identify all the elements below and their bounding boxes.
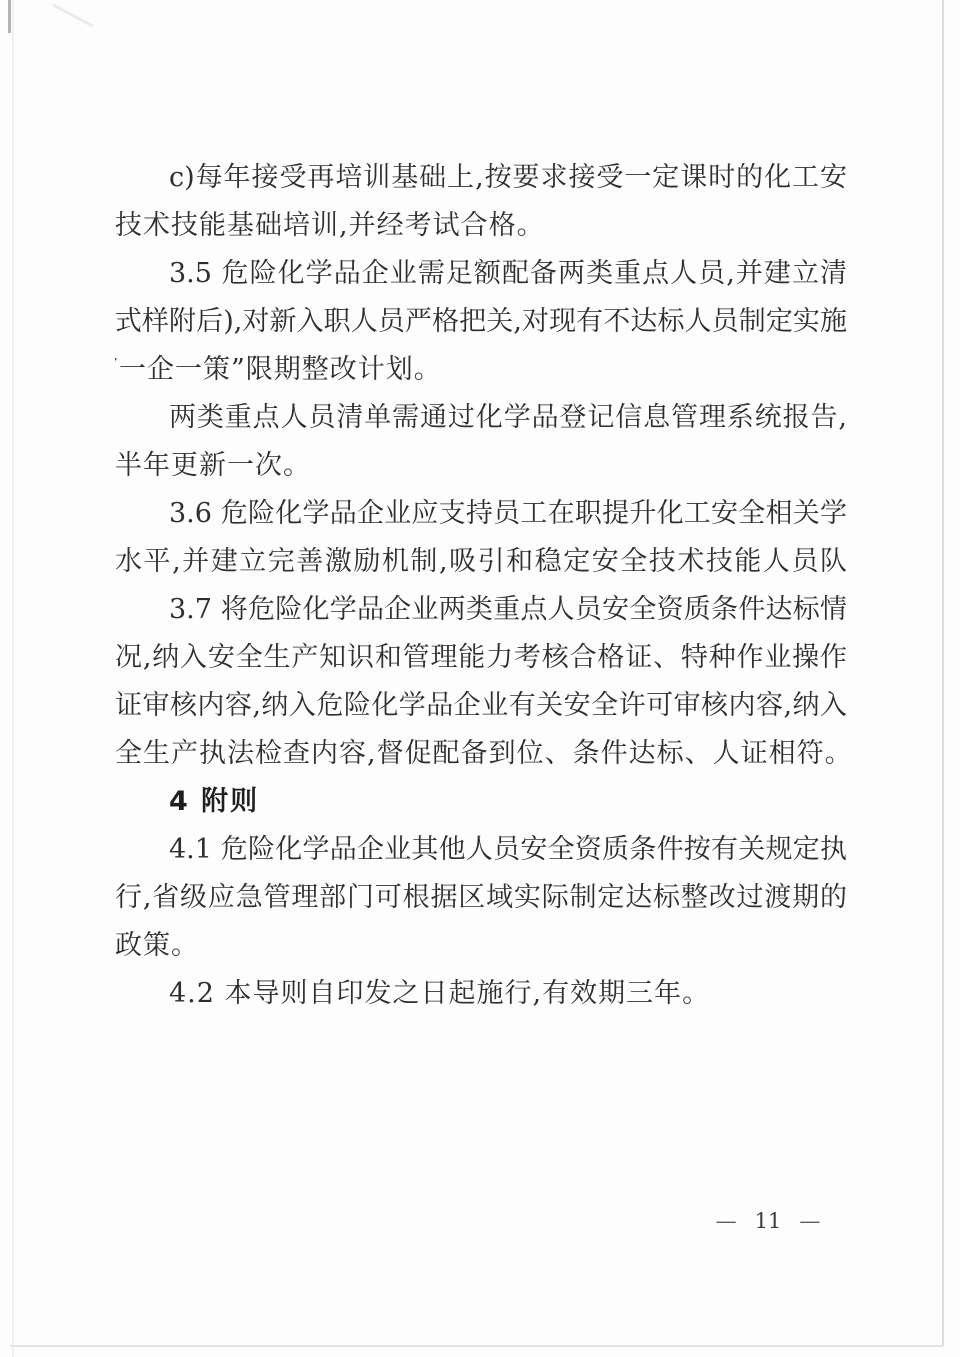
body-line: 全生产执法检查内容,督促配备到位、条件达标、人证相符。 (115, 730, 847, 778)
body-line: 4.2 本导则自印发之日起施行,有效期三年。 (115, 970, 847, 1018)
footer-page-number: — 11 — (658, 1206, 878, 1236)
page-number-dash-left: — (716, 1209, 737, 1233)
scanned-document-page: c)每年接受再培训基础上,按要求接受一定课时的化工安全 技术技能基础培训,并经考… (0, 0, 960, 1357)
body-line: c)每年接受再培训基础上,按要求接受一定课时的化工安全 (115, 154, 847, 202)
body-line: 况,纳入安全生产知识和管理能力考核合格证、特种作业操作证发 (115, 634, 847, 682)
body-line: 水平,并建立完善激励机制,吸引和稳定安全技术技能人员队伍。 (115, 538, 847, 586)
page-number: 11 (755, 1209, 782, 1233)
body-line: 证审核内容,纳入危险化学品企业有关安全许可审核内容,纳入安 (115, 682, 847, 730)
body-line: 3.6 危险化学品企业应支持员工在职提升化工安全相关学历 (115, 490, 847, 538)
scan-edge-bottom (10, 1345, 944, 1347)
scan-mark-top-left (8, 0, 11, 33)
body-line: 政策。 (115, 922, 847, 970)
page-number-dash-right: — (799, 1209, 820, 1233)
body-line: 3.5 危险化学品企业需足额配备两类重点人员,并建立清单 (115, 250, 847, 298)
body-line: (式样附后),对新入职人员严格把关,对现有不达标人员制定实施 (115, 298, 847, 346)
body-line: 4.1 危险化学品企业其他人员安全资质条件按有关规定执 (115, 826, 847, 874)
scan-edge-left (12, 0, 14, 1357)
scan-edge-right (942, 0, 944, 1346)
scan-smudge (52, 3, 94, 27)
body-line: 技术技能基础培训,并经考试合格。 (115, 202, 847, 250)
section-heading-annex: 4 附则 (115, 778, 847, 826)
body-line: 两类重点人员清单需通过化学品登记信息管理系统报告,每 (115, 394, 847, 442)
body-line: 行,省级应急管理部门可根据区域实际制定达标整改过渡期的 (115, 874, 847, 922)
body-line: 3.7 将危险化学品企业两类重点人员安全资质条件达标情 (115, 586, 847, 634)
body-line: “一企一策”限期整改计划。 (115, 346, 847, 394)
body-line: 半年更新一次。 (115, 442, 847, 490)
document-text-block: c)每年接受再培训基础上,按要求接受一定课时的化工安全 技术技能基础培训,并经考… (115, 154, 847, 1018)
